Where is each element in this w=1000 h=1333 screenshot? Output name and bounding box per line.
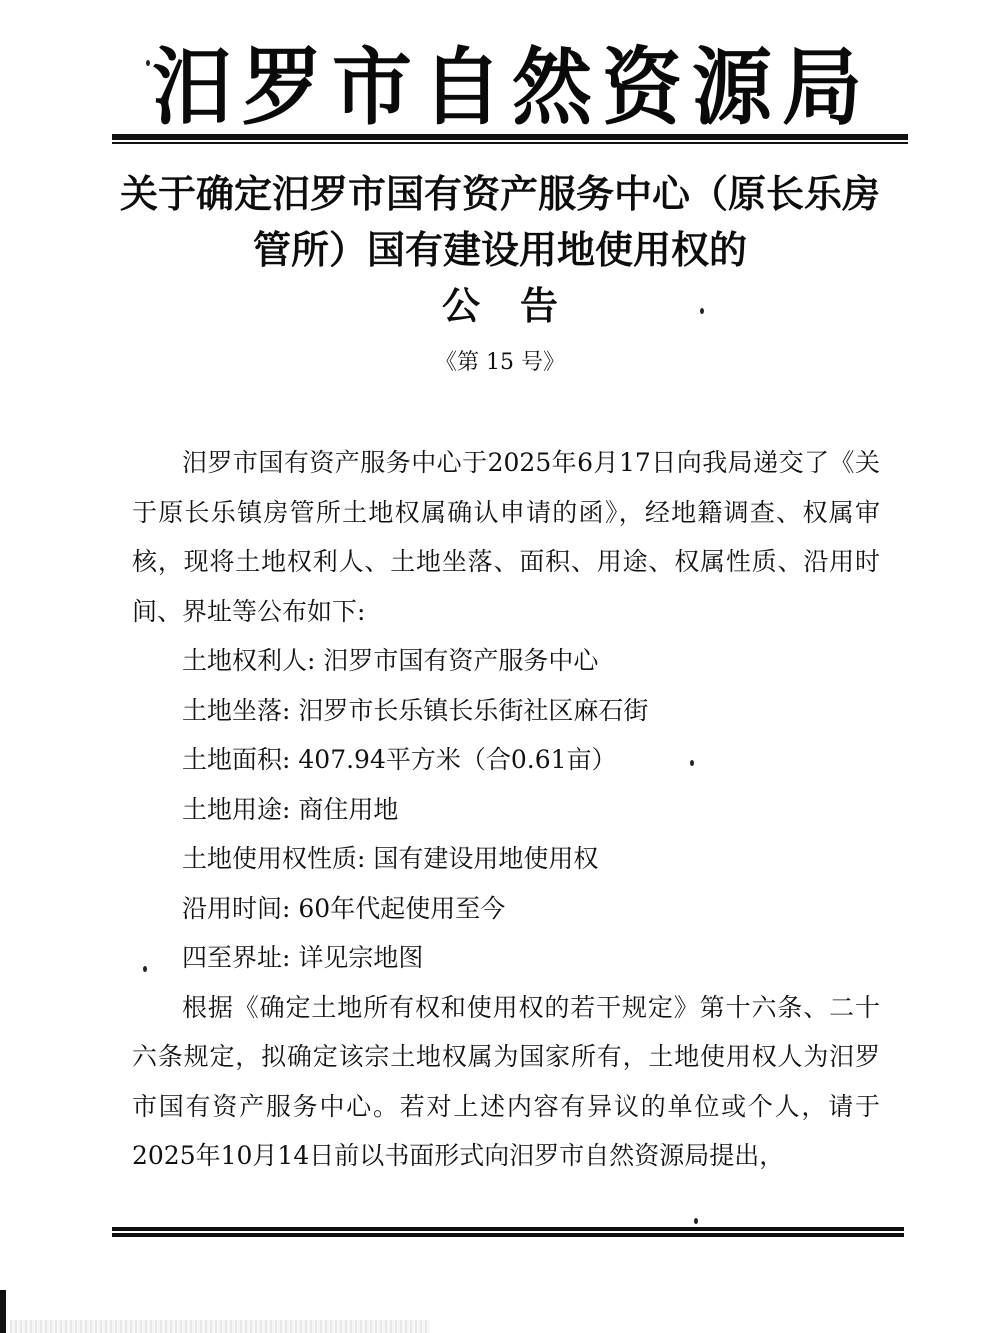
field-label: 土地面积: xyxy=(182,745,290,774)
field-label: 土地使用权性质: xyxy=(182,844,365,873)
scan-speck xyxy=(143,966,147,972)
conclusion-paragraph: 根据《确定土地所有权和使用权的若干规定》第十六条、二十六条规定，拟确定该宗土地权… xyxy=(132,983,880,1181)
field-label: 沿用时间: xyxy=(182,894,290,923)
header-divider xyxy=(112,134,908,144)
title-line-2: 管所）国有建设用地使用权的 xyxy=(100,222,900,278)
scan-speck xyxy=(690,760,694,766)
field-right-nature: 土地使用权性质: 国有建设用地使用权 xyxy=(132,834,880,884)
field-label: 四至界址: xyxy=(182,943,290,972)
scan-speck xyxy=(146,60,150,66)
intro-paragraph: 汨罗市国有资产服务中心于2025年6月17日向我局递交了《关于原长乐镇房管所土地… xyxy=(132,438,880,636)
title-line-3: 公告 xyxy=(140,278,900,334)
field-value: 详见宗地图 xyxy=(298,943,423,972)
scan-speck xyxy=(694,1218,698,1224)
field-label: 土地权利人: xyxy=(182,646,315,675)
field-land-location: 土地坐落: 汨罗市长乐镇长乐街社区麻石街 xyxy=(132,686,880,736)
footer-divider xyxy=(112,1227,904,1237)
field-value: 汨罗市长乐镇长乐街社区麻石街 xyxy=(298,696,648,725)
scan-edge-shadow xyxy=(0,1290,6,1333)
field-usage-period: 沿用时间: 60年代起使用至今 xyxy=(132,884,880,934)
field-value: 407.94平方米（合0.61亩） xyxy=(298,745,616,774)
field-label: 土地坐落: xyxy=(182,696,290,725)
field-value: 汨罗市国有资产服务中心 xyxy=(323,646,598,675)
field-land-use: 土地用途: 商住用地 xyxy=(132,785,880,835)
notice-body: 汨罗市国有资产服务中心于2025年6月17日向我局递交了《关于原长乐镇房管所土地… xyxy=(132,438,880,1181)
notice-title: 关于确定汨罗市国有资产服务中心（原长乐房 管所）国有建设用地使用权的 公告 xyxy=(100,166,900,334)
agency-masthead: 汨罗市自然资源局 xyxy=(112,40,912,135)
scan-speck xyxy=(700,308,704,314)
field-value: 60年代起使用至今 xyxy=(298,894,505,923)
field-boundaries: 四至界址: 详见宗地图 xyxy=(132,933,880,983)
field-label: 土地用途: xyxy=(182,795,290,824)
field-value: 商住用地 xyxy=(298,795,398,824)
field-value: 国有建设用地使用权 xyxy=(373,844,598,873)
field-land-owner: 土地权利人: 汨罗市国有资产服务中心 xyxy=(132,636,880,686)
scan-noise xyxy=(10,1320,430,1333)
title-line-1: 关于确定汨罗市国有资产服务中心（原长乐房 xyxy=(100,166,900,222)
field-land-area: 土地面积: 407.94平方米（合0.61亩） xyxy=(132,735,880,785)
document-page: 汨罗市自然资源局 关于确定汨罗市国有资产服务中心（原长乐房 管所）国有建设用地使… xyxy=(0,0,1000,1333)
document-number: 《第 15 号》 xyxy=(0,345,1000,376)
